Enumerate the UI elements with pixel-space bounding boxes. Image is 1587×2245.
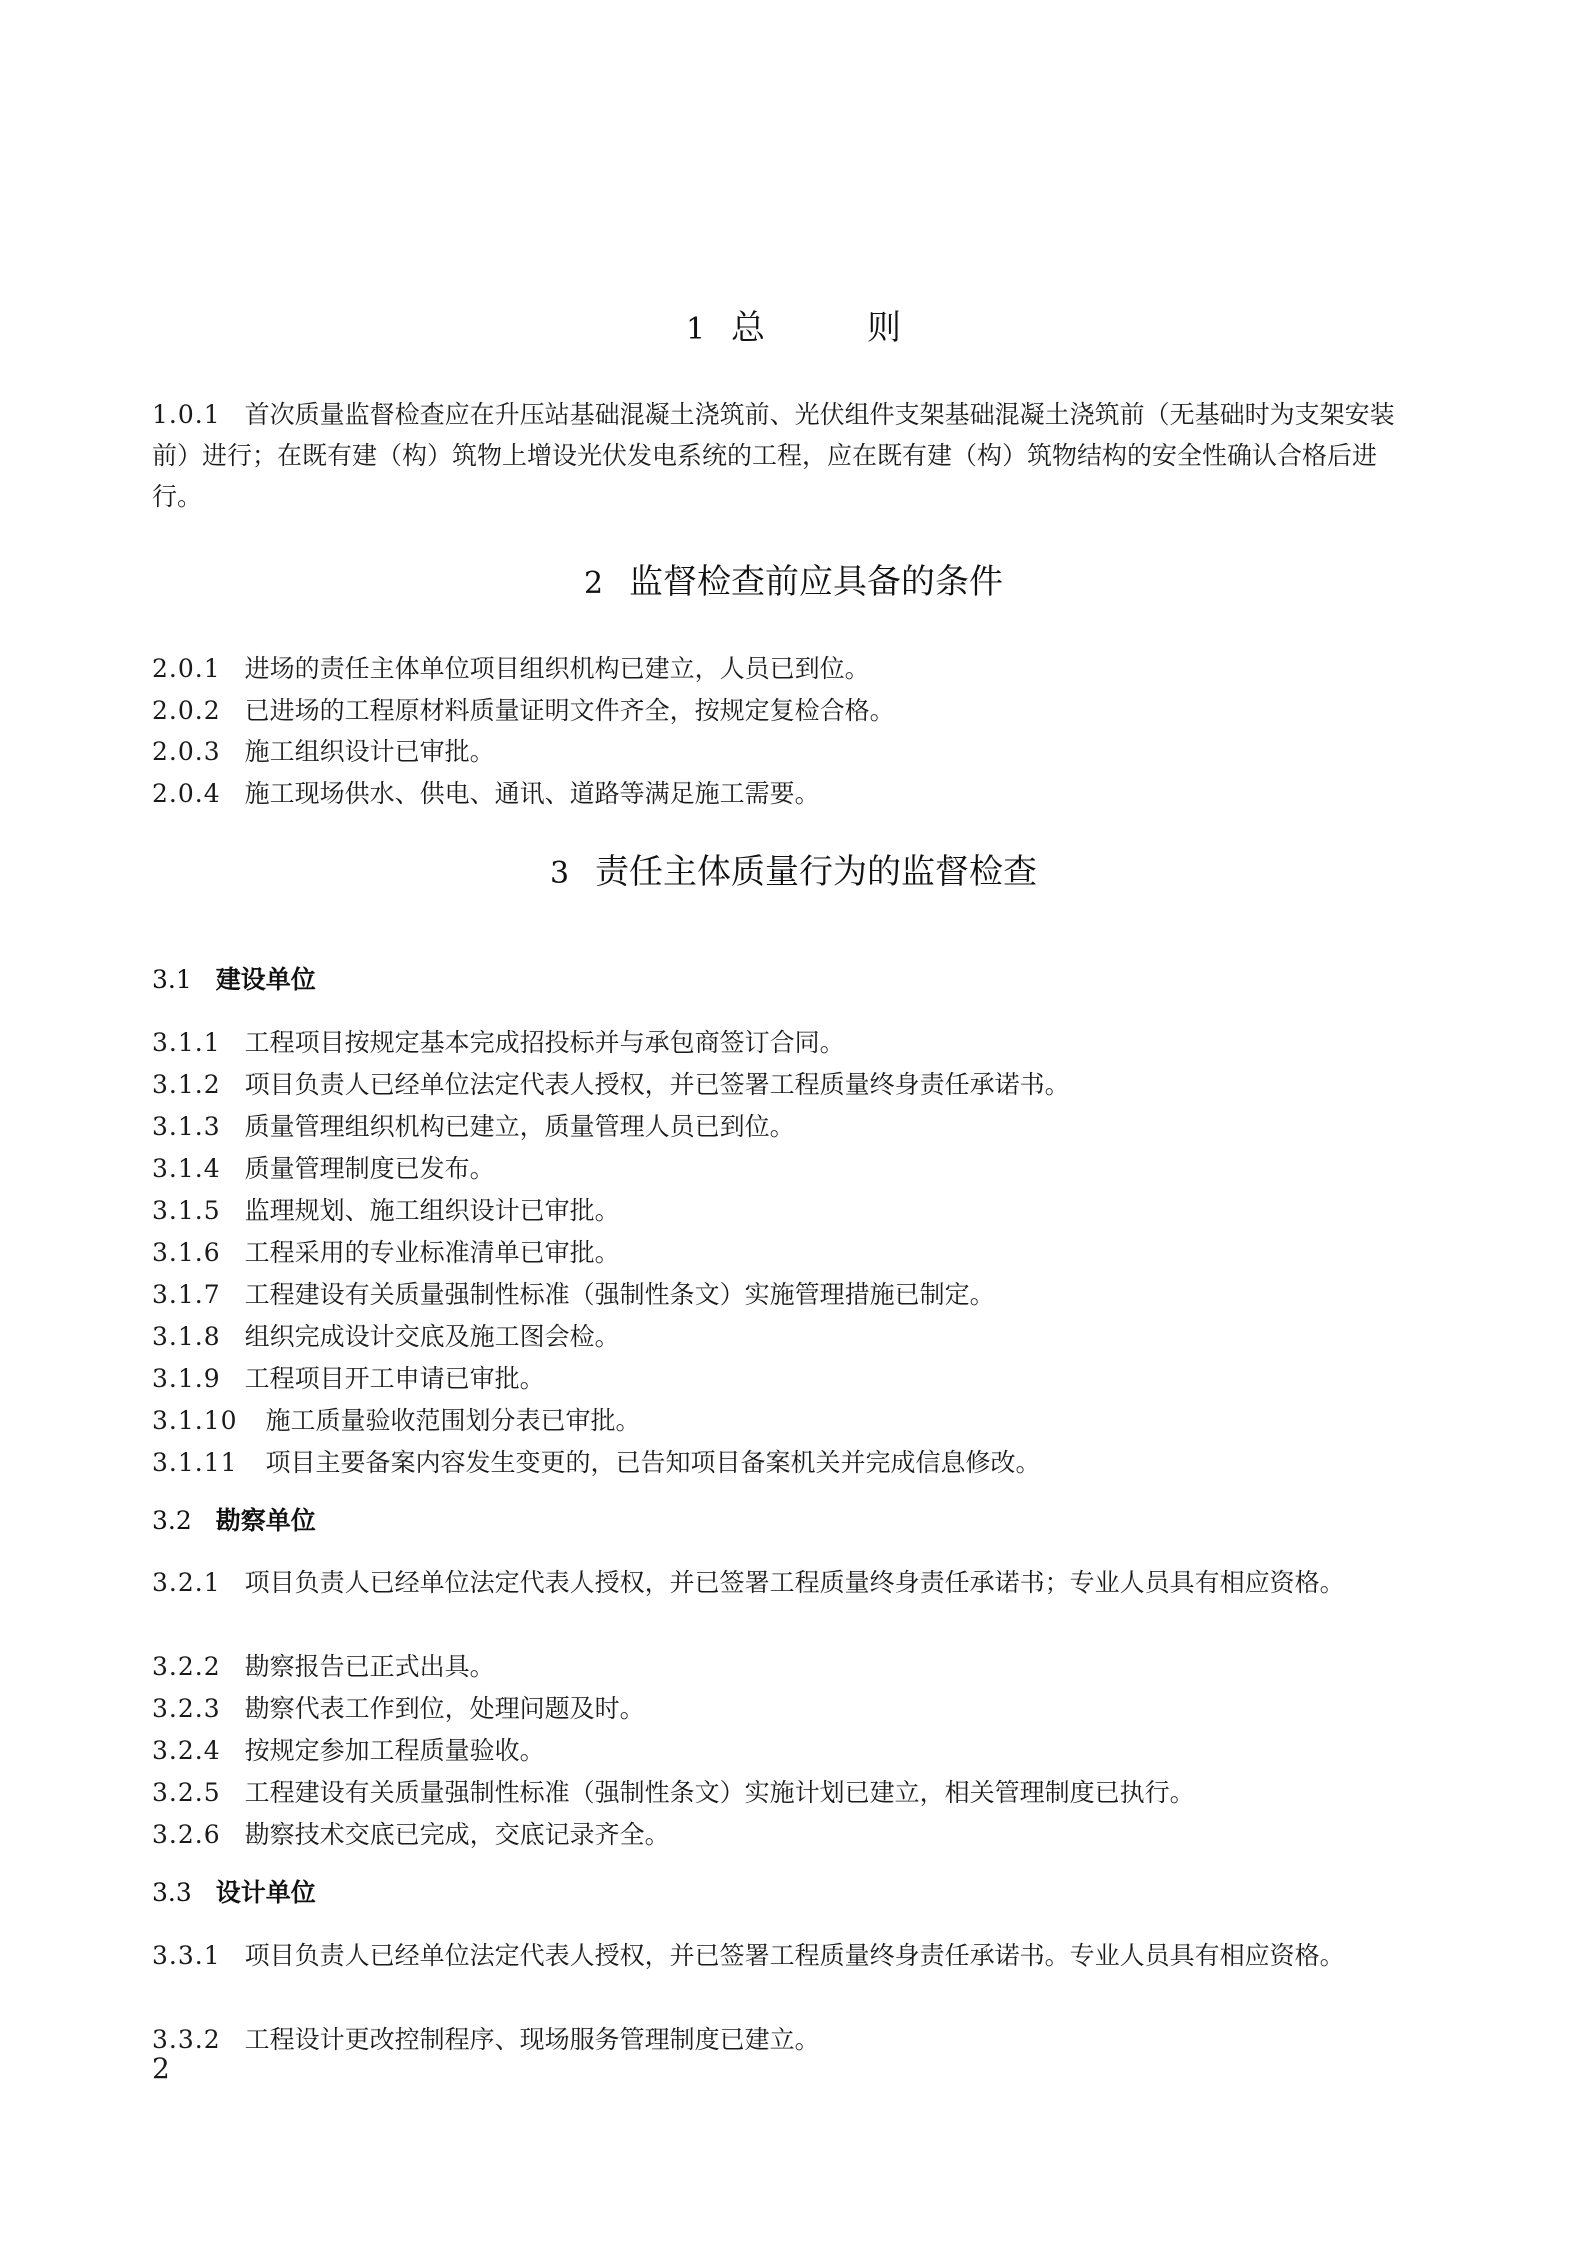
clause-text: 勘察技术交底已完成，交底记录齐全。 bbox=[245, 1820, 670, 1849]
clause-3-2-5: 3.2.5工程建设有关质量强制性标准（强制性条文）实施计划已建立，相关管理制度已… bbox=[152, 1772, 1417, 1813]
clause-3-2-3: 3.2.3勘察代表工作到位，处理问题及时。 bbox=[152, 1688, 1417, 1729]
section-number: 3.1 bbox=[152, 965, 192, 994]
clause-text: 项目负责人已经单位法定代表人授权，并已签署工程质量终身责任承诺书。 bbox=[245, 1070, 1070, 1099]
clause-text: 勘察报告已正式出具。 bbox=[245, 1652, 495, 1681]
clause-3-1-5: 3.1.5监理规划、施工组织设计已审批。 bbox=[152, 1190, 1417, 1231]
section-number: 3.2 bbox=[152, 1506, 192, 1535]
clause-number: 3.1.2 bbox=[152, 1070, 221, 1099]
clause-3-2-2: 3.2.2勘察报告已正式出具。 bbox=[152, 1646, 1417, 1687]
clause-number: 3.1.8 bbox=[152, 1322, 221, 1351]
clause-3-2-4: 3.2.4按规定参加工程质量验收。 bbox=[152, 1730, 1417, 1771]
clause-text: 工程采用的专业标准清单已审批。 bbox=[245, 1238, 620, 1267]
clause-text: 施工现场供水、供电、通讯、道路等满足施工需要。 bbox=[245, 779, 820, 808]
chapter-title: 责任主体质量行为的监督检查 bbox=[595, 852, 1037, 892]
clause-3-3-1: 3.3.1项目负责人已经单位法定代表人授权，并已签署工程质量终身责任承诺书。专业… bbox=[152, 1935, 1417, 1976]
clause-3-1-11: 3.1.11项目主要备案内容发生变更的，已告知项目备案机关并完成信息修改。 bbox=[152, 1442, 1417, 1483]
clause-text: 项目负责人已经单位法定代表人授权，并已签署工程质量终身责任承诺书。专业人员具有相… bbox=[245, 1941, 1345, 1970]
clause-number: 3.1.11 bbox=[152, 1448, 238, 1477]
chapter-2-heading: 2监督检查前应具备的条件 bbox=[0, 562, 1587, 604]
clause-number: 3.1.6 bbox=[152, 1238, 221, 1267]
clause-3-1-2: 3.1.2项目负责人已经单位法定代表人授权，并已签署工程质量终身责任承诺书。 bbox=[152, 1064, 1417, 1105]
section-number: 3.3 bbox=[152, 1878, 192, 1907]
clause-text: 组织完成设计交底及施工图会检。 bbox=[245, 1322, 620, 1351]
clause-text: 项目主要备案内容发生变更的，已告知项目备案机关并完成信息修改。 bbox=[266, 1448, 1041, 1477]
clause-text: 勘察代表工作到位，处理问题及时。 bbox=[245, 1694, 645, 1723]
clause-text: 施工质量验收范围划分表已审批。 bbox=[266, 1406, 641, 1435]
clause-number: 3.2.2 bbox=[152, 1652, 221, 1681]
clause-number: 3.2.5 bbox=[152, 1778, 221, 1807]
section-3-3-heading: 3.3设计单位 bbox=[152, 1878, 316, 1908]
clause-number: 1.0.1 bbox=[152, 400, 221, 429]
chapter-number: 3 bbox=[550, 856, 569, 891]
clause-1-0-1: 1.0.1首次质量监督检查应在升压站基础混凝土浇筑前、光伏组件支架基础混凝土浇筑… bbox=[152, 394, 1417, 517]
clause-text: 工程建设有关质量强制性标准（强制性条文）实施管理措施已制定。 bbox=[245, 1280, 995, 1309]
clause-number: 3.2.4 bbox=[152, 1736, 221, 1765]
chapter-title: 监督检查前应具备的条件 bbox=[629, 562, 1003, 602]
clause-number: 3.1.9 bbox=[152, 1364, 221, 1393]
chapter-1-heading: 1总 则 bbox=[0, 308, 1587, 350]
clause-number: 3.2.3 bbox=[152, 1694, 221, 1723]
clause-number: 3.2.1 bbox=[152, 1568, 221, 1597]
clause-text: 项目负责人已经单位法定代表人授权，并已签署工程质量终身责任承诺书；专业人员具有相… bbox=[245, 1568, 1345, 1597]
clause-number: 3.1.1 bbox=[152, 1028, 221, 1057]
clause-text: 按规定参加工程质量验收。 bbox=[245, 1736, 545, 1765]
clause-number: 3.1.10 bbox=[152, 1406, 238, 1435]
chapter-number: 1 bbox=[686, 312, 705, 347]
section-3-2-heading: 3.2勘察单位 bbox=[152, 1506, 316, 1536]
clause-text: 进场的责任主体单位项目组织机构已建立，人员已到位。 bbox=[245, 654, 870, 683]
clause-number: 2.0.3 bbox=[152, 737, 221, 766]
clause-2-0-2: 2.0.2已进场的工程原材料质量证明文件齐全，按规定复检合格。 bbox=[152, 690, 1417, 731]
clause-3-1-7: 3.1.7工程建设有关质量强制性标准（强制性条文）实施管理措施已制定。 bbox=[152, 1274, 1417, 1315]
clause-number: 3.3.2 bbox=[152, 2025, 221, 2054]
clause-2-0-1: 2.0.1进场的责任主体单位项目组织机构已建立，人员已到位。 bbox=[152, 648, 1417, 689]
clause-text: 监理规划、施工组织设计已审批。 bbox=[245, 1196, 620, 1225]
clause-3-3-2: 3.3.2工程设计更改控制程序、现场服务管理制度已建立。 bbox=[152, 2019, 1417, 2060]
clause-3-1-3: 3.1.3质量管理组织机构已建立，质量管理人员已到位。 bbox=[152, 1106, 1417, 1147]
clause-number: 2.0.2 bbox=[152, 696, 221, 725]
clause-text: 工程建设有关质量强制性标准（强制性条文）实施计划已建立，相关管理制度已执行。 bbox=[245, 1778, 1195, 1807]
page-number: 2 bbox=[152, 2052, 170, 2085]
clause-3-2-6: 3.2.6勘察技术交底已完成，交底记录齐全。 bbox=[152, 1814, 1417, 1855]
chapter-title: 总 则 bbox=[731, 308, 901, 348]
clause-number: 3.1.5 bbox=[152, 1196, 221, 1225]
clause-number: 3.1.7 bbox=[152, 1280, 221, 1309]
clause-3-1-10: 3.1.10施工质量验收范围划分表已审批。 bbox=[152, 1400, 1417, 1441]
clause-3-1-4: 3.1.4质量管理制度已发布。 bbox=[152, 1148, 1417, 1189]
clause-2-0-3: 2.0.3施工组织设计已审批。 bbox=[152, 731, 1417, 772]
section-title: 勘察单位 bbox=[216, 1506, 316, 1535]
clause-number: 2.0.1 bbox=[152, 654, 221, 683]
clause-3-1-9: 3.1.9工程项目开工申请已审批。 bbox=[152, 1358, 1417, 1399]
clause-3-2-1: 3.2.1项目负责人已经单位法定代表人授权，并已签署工程质量终身责任承诺书；专业… bbox=[152, 1562, 1417, 1603]
clause-text: 工程设计更改控制程序、现场服务管理制度已建立。 bbox=[245, 2025, 820, 2054]
clause-number: 3.3.1 bbox=[152, 1941, 221, 1970]
clause-number: 3.1.3 bbox=[152, 1112, 221, 1141]
chapter-3-heading: 3责任主体质量行为的监督检查 bbox=[0, 852, 1587, 894]
clause-3-1-6: 3.1.6工程采用的专业标准清单已审批。 bbox=[152, 1232, 1417, 1273]
clause-text: 工程项目开工申请已审批。 bbox=[245, 1364, 545, 1393]
clause-text: 工程项目按规定基本完成招投标并与承包商签订合同。 bbox=[245, 1028, 845, 1057]
clause-2-0-4: 2.0.4施工现场供水、供电、通讯、道路等满足施工需要。 bbox=[152, 773, 1417, 814]
clause-text: 已进场的工程原材料质量证明文件齐全，按规定复检合格。 bbox=[245, 696, 895, 725]
section-title: 建设单位 bbox=[216, 965, 316, 994]
chapter-number: 2 bbox=[584, 566, 603, 601]
clause-number: 3.2.6 bbox=[152, 1820, 221, 1849]
section-3-1-heading: 3.1建设单位 bbox=[152, 965, 316, 995]
clause-3-1-1: 3.1.1工程项目按规定基本完成招投标并与承包商签订合同。 bbox=[152, 1022, 1417, 1063]
document-page: 1总 则 1.0.1首次质量监督检查应在升压站基础混凝土浇筑前、光伏组件支架基础… bbox=[0, 0, 1587, 2245]
clause-text: 施工组织设计已审批。 bbox=[245, 737, 495, 766]
clause-text: 质量管理制度已发布。 bbox=[245, 1154, 495, 1183]
clause-3-1-8: 3.1.8组织完成设计交底及施工图会检。 bbox=[152, 1316, 1417, 1357]
clause-number: 2.0.4 bbox=[152, 779, 221, 808]
clause-number: 3.1.4 bbox=[152, 1154, 221, 1183]
clause-text: 质量管理组织机构已建立，质量管理人员已到位。 bbox=[245, 1112, 795, 1141]
section-title: 设计单位 bbox=[216, 1878, 316, 1907]
clause-text: 首次质量监督检查应在升压站基础混凝土浇筑前、光伏组件支架基础混凝土浇筑前（无基础… bbox=[152, 400, 1395, 511]
